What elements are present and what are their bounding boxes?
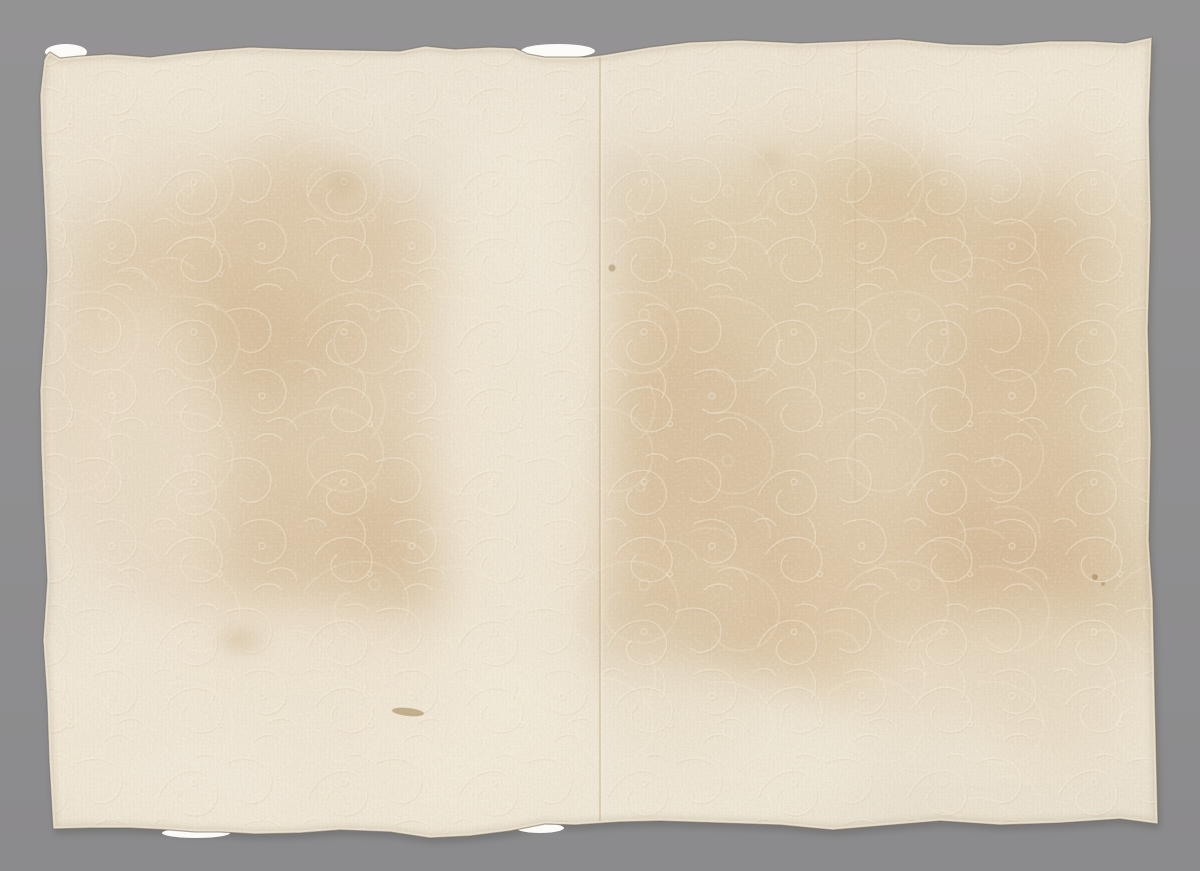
- photo-stage: [0, 0, 1200, 871]
- dark-grain: [38, 30, 1160, 842]
- fabric-body: [0, 8, 1200, 860]
- textile-svg: [0, 0, 1200, 871]
